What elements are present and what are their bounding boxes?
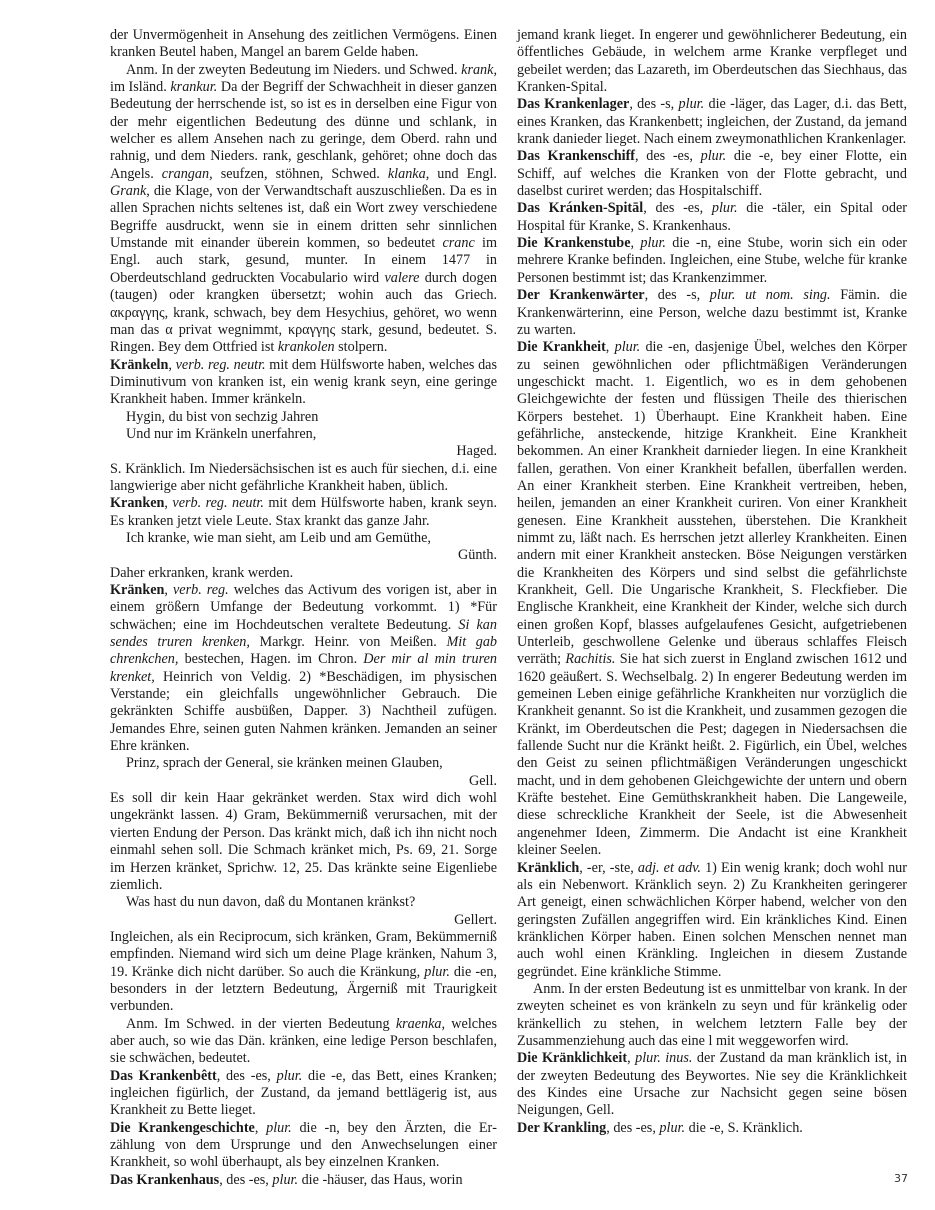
dictionary-entry: Kranken, verb. reg. neutr. mit dem Hülfs… xyxy=(110,495,497,530)
verse-quote: Ich kranke, wie man sieht, am Leib und a… xyxy=(110,530,497,547)
text-run: Und nur im Kränkeln unerfahren, xyxy=(126,426,316,442)
italic-term: crangan, xyxy=(162,166,213,182)
text-run: , xyxy=(168,357,175,373)
text-run: Gellert. xyxy=(454,912,497,928)
italic-term: plur. xyxy=(272,1172,298,1188)
text-run: stolpern. xyxy=(335,339,388,355)
headword: Kränken xyxy=(110,582,164,598)
dictionary-entry: S. Kränklich. Im Niedersächsischen ist e… xyxy=(110,461,497,496)
dictionary-entry: Das Krankenbêtt, des -es, plur. die -e, … xyxy=(110,1068,497,1120)
dictionary-entry: Der Krankling, des -es, plur. die -e, S.… xyxy=(517,1120,907,1137)
italic-term: cranc xyxy=(442,235,474,251)
text-run: Haged. xyxy=(456,443,497,459)
text-run: bestechen, Hagen. im Chron. xyxy=(178,651,363,667)
text-run: die -en, dasjenige Übel, welches den Kör… xyxy=(517,339,907,667)
dictionary-entry: Das Kránken-Spitāl, des -es, plur. die -… xyxy=(517,200,907,235)
text-run: Heinrich von Veldig. 2) *Beschädigen, im… xyxy=(110,669,497,754)
text-run: , xyxy=(606,339,615,355)
text-run: jemand krank lieget. In engerer und gewö… xyxy=(517,27,907,95)
text-run: Anm. In der ersten Bedeutung ist es unmi… xyxy=(517,981,907,1049)
verse-quote: Und nur im Kränkeln unerfahren, xyxy=(110,426,497,443)
dictionary-entry: Der Krankenwärter, des -s, plur. ut nom.… xyxy=(517,287,907,339)
left-column: der Unvermögenheit in Ansehung des zeitl… xyxy=(110,27,497,1189)
text-run: Anm. Im Schwed. in der vierten Bedeutung xyxy=(126,1016,396,1032)
dictionary-entry: Ingleichen, als ein Reciprocum, sich krä… xyxy=(110,929,497,1016)
text-run: im Isländ. xyxy=(110,79,170,95)
italic-term: plur. xyxy=(424,964,450,980)
text-run: Markgr. Heinr. von Meißen. xyxy=(250,634,447,650)
italic-term: plur. xyxy=(266,1120,292,1136)
headword: Der Krankling xyxy=(517,1120,606,1136)
italic-term: plur. xyxy=(615,339,641,355)
headword: Kränklich xyxy=(517,860,579,876)
headword: Kranken xyxy=(110,495,164,511)
italic-term: valere xyxy=(384,270,419,286)
annotation-paragraph: Anm. In der zweyten Bedeutung im Nieders… xyxy=(110,62,497,357)
italic-term: adj. et adv. xyxy=(638,860,701,876)
italic-term: plur. xyxy=(679,96,705,112)
annotation-paragraph: Anm. In der ersten Bedeutung ist es unmi… xyxy=(517,981,907,1050)
quote-attribution: Gell. xyxy=(110,773,497,790)
text-run: , xyxy=(164,582,173,598)
headword: Die Krankengeschichte xyxy=(110,1120,255,1136)
italic-term: plur. ut nom. sing. xyxy=(710,287,831,303)
headword: Das Krankenlager xyxy=(517,96,629,112)
italic-term: klanka, xyxy=(388,166,429,182)
headword: Die Krankheit xyxy=(517,339,606,355)
headword: Die Krankenstube xyxy=(517,235,631,251)
text-run: , des -s, xyxy=(629,96,678,112)
text-run: die -häuser, das Haus, worin xyxy=(298,1172,463,1188)
dictionary-entry: Kränkeln, verb. reg. neutr. mit dem Hülf… xyxy=(110,357,497,409)
headword: Das Krankenhaus xyxy=(110,1172,219,1188)
text-run: , des -s, xyxy=(645,287,710,303)
text-run: , xyxy=(627,1050,635,1066)
headword: Kränkeln xyxy=(110,357,168,373)
italic-term: krankolen xyxy=(278,339,335,355)
dictionary-entry: Die Krankengeschichte, plur. die -n, bey… xyxy=(110,1120,497,1172)
text-run: Sie hat sich zuerst in England zwischen … xyxy=(517,651,907,858)
text-run: , -er, -ste, xyxy=(579,860,638,876)
text-run: , des -es, xyxy=(606,1120,659,1136)
italic-term: Grank, xyxy=(110,183,150,199)
dictionary-entry: Es soll dir kein Haar gekränket werden. … xyxy=(110,790,497,894)
italic-term: verb. reg. neutr. xyxy=(176,357,266,373)
dictionary-entry: Die Krankenstube, plur. die -n, eine Stu… xyxy=(517,235,907,287)
headword: Der Krankenwärter xyxy=(517,287,645,303)
dictionary-entry: Das Krankenhaus, des -es, plur. die -häu… xyxy=(110,1172,497,1189)
text-run: Daher erkranken, krank werden. xyxy=(110,565,293,581)
text-run: und Engl. xyxy=(429,166,497,182)
italic-term: plur. xyxy=(640,235,666,251)
italic-term: plur. inus. xyxy=(635,1050,692,1066)
headword: Die Kränklichkeit xyxy=(517,1050,627,1066)
text-run: , des -es, xyxy=(643,200,712,216)
dictionary-entry: Kränken, verb. reg. welches das Activum … xyxy=(110,582,497,755)
text-run: Prinz, sprach der General, sie kränken m… xyxy=(126,755,443,771)
italic-term: krankur. xyxy=(170,79,217,95)
text-run: , des -es, xyxy=(635,148,701,164)
verse-quote: Was hast du nun davon, daß du Montanen k… xyxy=(110,894,497,911)
italic-term: verb. reg. xyxy=(173,582,229,598)
dictionary-entry: der Unvermögenheit in Ansehung des zeitl… xyxy=(110,27,497,62)
italic-term: Rachitis. xyxy=(565,651,615,667)
headword: Das Krankenschiff xyxy=(517,148,635,164)
text-run: seufzen, stöhnen, Schwed. xyxy=(213,166,388,182)
text-run: S. Kränklich. Im Niedersächsischen ist e… xyxy=(110,461,497,494)
annotation-paragraph: Anm. Im Schwed. in der vierten Bedeutung… xyxy=(110,1016,497,1068)
text-run: Gell. xyxy=(469,773,497,789)
text-run: Es soll dir kein Haar gekränket werden. … xyxy=(110,790,497,893)
text-run: , xyxy=(631,235,641,251)
dictionary-entry: Das Krankenschiff, des -es, plur. die -e… xyxy=(517,148,907,200)
text-run: Anm. In der zweyten Bedeutung im Nieders… xyxy=(126,62,461,78)
right-column: jemand krank lieget. In engerer und gewö… xyxy=(517,27,907,1137)
italic-term: kraenka, xyxy=(396,1016,445,1032)
italic-term: plur. xyxy=(712,200,738,216)
quote-attribution: Gellert. xyxy=(110,912,497,929)
dictionary-entry: Kränklich, -er, -ste, adj. et adv. 1) Ei… xyxy=(517,860,907,981)
italic-term: plur. xyxy=(659,1120,685,1136)
text-run: Günth. xyxy=(458,547,497,563)
italic-term: verb. reg. neutr. xyxy=(172,495,264,511)
text-run: die Klage, von der Verwandtschaft auszus… xyxy=(110,183,497,251)
italic-term: krank, xyxy=(461,62,497,78)
italic-term: plur. xyxy=(701,148,727,164)
verse-quote: Prinz, sprach der General, sie kränken m… xyxy=(110,755,497,772)
page-number: 37 xyxy=(884,1172,908,1185)
text-run: die -e, S. Kränklich. xyxy=(685,1120,803,1136)
dictionary-entry: Das Krankenlager, des -s, plur. die -läg… xyxy=(517,96,907,148)
verse-quote: Hygin, du bist von sechzig Jahren xyxy=(110,409,497,426)
dictionary-entry: Die Krankheit, plur. die -en, dasjenige … xyxy=(517,339,907,859)
dictionary-entry: Die Kränklichkeit, plur. inus. der Zusta… xyxy=(517,1050,907,1119)
text-run: Hygin, du bist von sechzig Jahren xyxy=(126,409,318,425)
headword: Das Krankenbêtt xyxy=(110,1068,217,1084)
text-run: Was hast du nun davon, daß du Montanen k… xyxy=(126,894,415,910)
text-run: , des -es, xyxy=(217,1068,277,1084)
quote-attribution: Günth. xyxy=(110,547,497,564)
text-run: , xyxy=(255,1120,266,1136)
italic-term: plur. xyxy=(277,1068,303,1084)
text-run: , des -es, xyxy=(219,1172,272,1188)
dictionary-entry: Daher erkranken, krank werden. xyxy=(110,565,497,582)
text-run: der Unvermögenheit in Ansehung des zeitl… xyxy=(110,27,497,60)
text-run: Ich kranke, wie man sieht, am Leib und a… xyxy=(126,530,431,546)
headword: Das Kránken-Spitāl xyxy=(517,200,643,216)
text-run: 1) Ein wenig krank; doch wohl nur als ei… xyxy=(517,860,907,980)
dictionary-entry: jemand krank lieget. In engerer und gewö… xyxy=(517,27,907,96)
quote-attribution: Haged. xyxy=(110,443,497,460)
